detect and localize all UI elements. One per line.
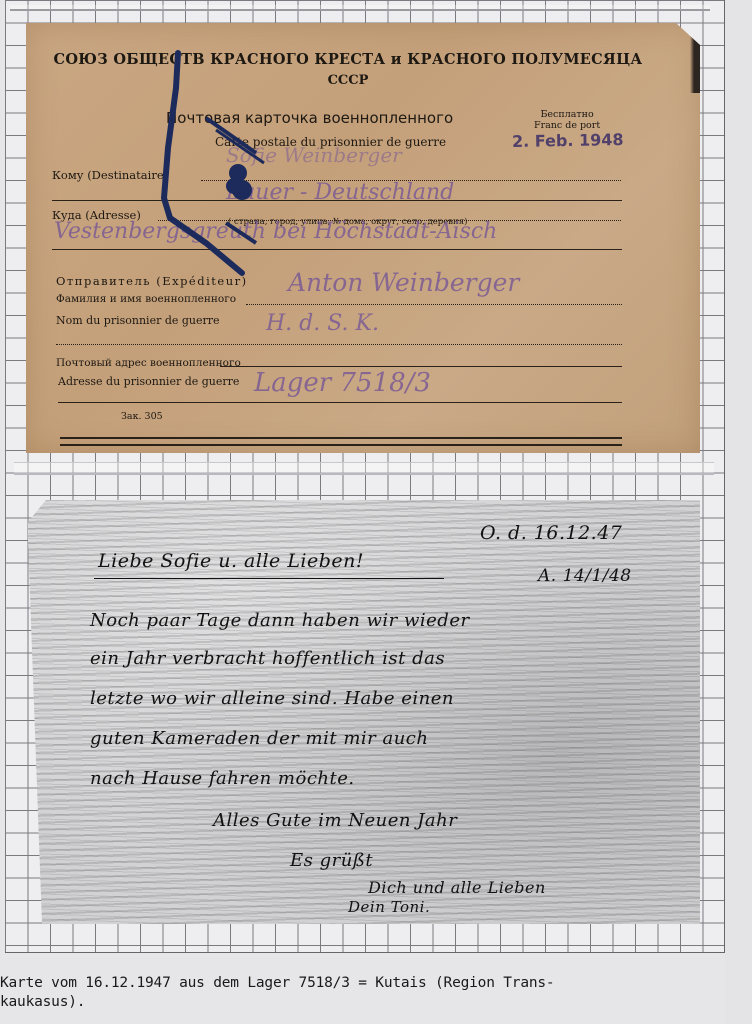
letter-closing: Alles Gute im Neuen Jahr (213, 810, 457, 831)
recipient-name-handwritten: Sofie Weinberger (226, 143, 402, 167)
address-line2-handwritten: Vestenbergsgreuth bei Höchstadt-Aisch (54, 219, 497, 244)
letter-received-date: A. 14/1/48 (538, 566, 632, 586)
recipient-label: Кому (Destinataire) (52, 168, 168, 182)
letter-line: Noch paar Tage dann haben wir wieder (90, 610, 470, 631)
sender-name-label-ru: Фамилия и имя военнопленного (56, 293, 236, 305)
ussr-header: СССР (48, 73, 648, 88)
letter-date: O. d. 16.12.47 (480, 522, 622, 544)
sleeve-strip-middle (14, 462, 714, 475)
postcard-front: СОЮЗ ОБЩЕСТВ КРАСНОГО КРЕСТА и КРАСНОГО … (26, 23, 700, 453)
sender-line (246, 304, 622, 305)
postal-address-handwritten: Lager 7518/3 (254, 368, 431, 398)
sender-name-handwritten: Anton Weinberger (288, 268, 519, 297)
letter-regards: Es grüßt (290, 850, 373, 871)
letter-signature: Dein Toni. (348, 898, 430, 916)
bottom-rule-1 (60, 437, 622, 439)
free-postage-label: Бесплатно Franc de port (534, 109, 600, 131)
address-line1-handwritten: Bauer - Deutschland (226, 180, 454, 205)
free-postage-ru: Бесплатно (534, 109, 600, 120)
album-caption: Karte vom 16.12.1947 aus dem Lager 7518/… (0, 974, 752, 1012)
sender-unit-handwritten: H. d. S. K. (266, 311, 379, 336)
sleeve-strip-top (10, 5, 710, 11)
bottom-rule-2 (60, 444, 622, 446)
letter-line: guten Kameraden der mit mir auch (90, 728, 428, 749)
letter-line: ein Jahr verbracht hoffentlich ist das (90, 648, 445, 669)
letter-greeting: Liebe Sofie u. alle Lieben! (98, 550, 364, 572)
address-rule-2 (52, 249, 622, 250)
postal-address-label-fr: Adresse du prisonnier de guerre (58, 375, 239, 388)
postcard-back: O. d. 16.12.47 A. 14/1/48 Liebe Sofie u.… (28, 500, 700, 924)
letter-line: letzte wo wir alleine sind. Habe einen (90, 688, 454, 709)
postmark-date: 2. Feb. 1948 (512, 130, 624, 151)
red-cross-header: СОЮЗ ОБЩЕСТВ КРАСНОГО КРЕСТА и КРАСНОГО … (48, 51, 648, 68)
letter-line: nach Hause fahren möchte. (90, 768, 355, 789)
greeting-underline (94, 578, 444, 579)
letter-regards-2: Dich und alle Lieben (368, 878, 546, 897)
postal-address-label-ru: Почтовый адрес военнопленного (56, 357, 241, 369)
sender-label: Отправитель (Expéditeur) (56, 274, 248, 288)
card-title-russian: Почтовая карточка военнопленного (166, 109, 453, 127)
postal-address-line (220, 366, 622, 367)
sender-rule-2 (56, 344, 622, 345)
caption-line-2: kaukasus). (0, 993, 752, 1012)
free-postage-fr: Franc de port (534, 120, 600, 131)
sender-name-label-fr: Nom du prisonnier de guerre (56, 314, 220, 327)
postal-address-rule-2 (58, 402, 622, 403)
caption-line-1: Karte vom 16.12.1947 aus dem Lager 7518/… (0, 974, 752, 993)
order-number: Зак. 305 (121, 411, 163, 422)
page-margin (725, 0, 752, 1024)
